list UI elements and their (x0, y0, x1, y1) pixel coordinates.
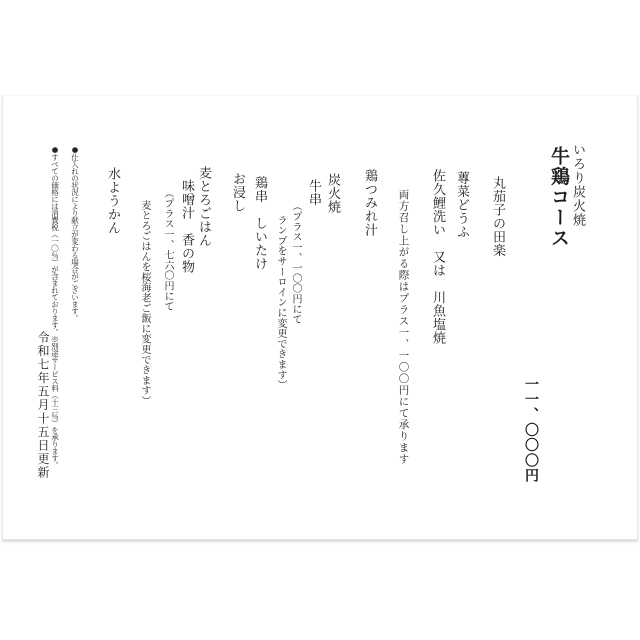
menu-tagline: いろり炭火焼 (571, 143, 584, 227)
course-price: 一一、〇〇〇円 (524, 377, 538, 483)
menu-item-ohitashi: お浸し (231, 172, 244, 213)
note-sakura-ebi-upgrade-line1: （プラス一、七六〇円にて (162, 188, 172, 312)
menu-item-tori-tsumire-jiru: 鶏つみれ汁 (363, 169, 376, 237)
course-title: 牛鶏コース (549, 146, 568, 249)
menu-item-mugitoro-gohan: 麦とろごはん (197, 166, 210, 247)
updated-date: 令和七年五月十五日更新 (37, 331, 49, 480)
note-sirloin-upgrade-line1: （プラス一、一〇〇円にて (290, 201, 300, 325)
menu-item-gyu-kushi: 牛串 (307, 179, 320, 206)
footnote-tax-service: ●すべての価格には消費税（一〇％）が含まれております。※別途サービス料（十三％）… (51, 145, 59, 469)
note-both-fish-surcharge: 両方召し上がる際はプラス一、一〇〇円にて承ります (398, 189, 409, 465)
section-sumibiyaki: 炭火焼 (326, 173, 339, 214)
footnote-menu-change: ●仕入れの状況により献立が変わる場合がございます。 (71, 145, 79, 322)
menu-item-tori-kushi-shiitake: 鶏串 しいたけ (253, 176, 266, 271)
menu-photo-page: { "colors": { "ink": "#1c1c1e", "page_ba… (0, 0, 640, 640)
menu-item-misoshiru-konomono: 味噌汁 香の物 (180, 179, 193, 274)
menu-card: いろり炭火焼 牛鶏コース 一一、〇〇〇円 丸茄子の田楽 蓴菜どうふ 佐久鯉洗い … (2, 95, 638, 540)
menu-item-maru-nasu-dengaku: 丸茄子の田楽 (491, 176, 504, 257)
menu-item-saku-koi: 佐久鯉洗い 又は 川魚塩焼 (431, 169, 444, 345)
menu-item-mizu-yokan: 水ようかん (106, 167, 119, 235)
note-sirloin-upgrade-line2: ランプをサーロインに変更できます） (275, 215, 285, 390)
note-sakura-ebi-upgrade-line2: 麦とろごはんを桜海老ご飯に変更できます） (139, 200, 149, 406)
menu-item-junsai-dofu: 蓴菜どうふ (455, 171, 468, 239)
